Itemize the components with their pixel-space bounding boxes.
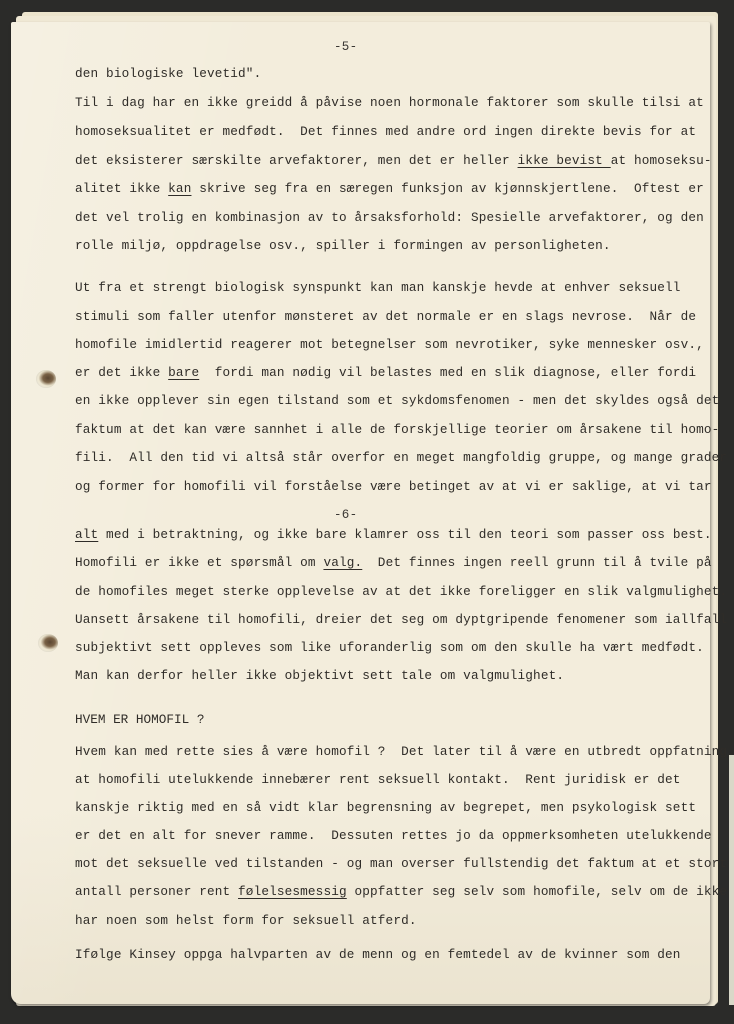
text-segment: Til i dag har en ikke greidd å påvise no… bbox=[75, 95, 704, 110]
text-segment: HVEM ER HOMOFIL ? bbox=[75, 712, 204, 727]
text-segment: homofile imidlertid reagerer mot betegne… bbox=[75, 337, 704, 352]
punch-hole-icon bbox=[38, 634, 58, 652]
text-segment: rolle miljø, oppdragelse osv., spiller i… bbox=[75, 238, 611, 253]
text-segment: kanskje riktig med en så vidt klar begre… bbox=[75, 800, 696, 815]
text-line: er det en alt for snever ramme. Dessuten… bbox=[75, 828, 712, 844]
text-segment: Hvem kan med rette sies å være homofil ?… bbox=[75, 744, 727, 759]
text-segment: er det en alt for snever ramme. Dessuten… bbox=[75, 828, 712, 843]
text-line: at homofili utelukkende innebærer rent s… bbox=[75, 772, 681, 788]
text-segment: subjektivt sett oppleves som like uforan… bbox=[75, 640, 704, 655]
text-line: Man kan derfor heller ikke objektivt set… bbox=[75, 668, 564, 684]
page-number-5: -5- bbox=[334, 40, 357, 54]
text-line: har noen som helst form for seksuell atf… bbox=[75, 913, 417, 929]
underlined-emphasis: kan bbox=[168, 181, 191, 196]
punch-hole-icon bbox=[36, 370, 56, 388]
text-segment: Ut fra et strengt biologisk synspunkt ka… bbox=[75, 280, 681, 295]
text-line: den biologiske levetid". bbox=[75, 66, 261, 82]
text-line: subjektivt sett oppleves som like uforan… bbox=[75, 640, 704, 656]
text-segment: faktum at det kan være sannhet i alle de… bbox=[75, 422, 719, 437]
text-segment: at homofili utelukkende innebærer rent s… bbox=[75, 772, 681, 787]
underlined-emphasis: ikke bevist bbox=[518, 153, 611, 168]
text-segment: mot det seksuelle ved tilstanden - og ma… bbox=[75, 856, 727, 871]
text-line: antall personer rent følelsesmessig oppf… bbox=[75, 884, 727, 900]
text-line: alitet ikke kan skrive seg fra en særege… bbox=[75, 181, 704, 197]
underlined-emphasis: bare bbox=[168, 365, 199, 380]
text-line: en ikke opplever sin egen tilstand som e… bbox=[75, 393, 719, 409]
text-line: de homofiles meget sterke opplevelse av … bbox=[75, 584, 727, 600]
text-line: mot det seksuelle ved tilstanden - og ma… bbox=[75, 856, 727, 872]
text-segment: de homofiles meget sterke opplevelse av … bbox=[75, 584, 727, 599]
text-segment: Ifølge Kinsey oppga halvparten av de men… bbox=[75, 947, 681, 962]
text-line: Hvem kan med rette sies å være homofil ?… bbox=[75, 744, 727, 760]
underlined-emphasis: alt bbox=[75, 527, 98, 542]
text-segment: alitet ikke bbox=[75, 181, 168, 196]
text-segment: fordi man nødig vil belastes med en slik… bbox=[199, 365, 696, 380]
text-line: det vel trolig en kombinasjon av to årsa… bbox=[75, 210, 704, 226]
underlined-emphasis: valg. bbox=[323, 555, 362, 570]
text-line: stimuli som faller utenfor mønsteret av … bbox=[75, 309, 696, 325]
text-line: og former for homofili vil forståelse væ… bbox=[75, 479, 712, 495]
text-segment: Man kan derfor heller ikke objektivt set… bbox=[75, 668, 564, 683]
text-segment: oppfatter seg selv som homofile, selv om… bbox=[347, 884, 727, 899]
text-segment: at homoseksu- bbox=[611, 153, 712, 168]
adjacent-page-edge bbox=[729, 755, 734, 1005]
text-segment: har noen som helst form for seksuell atf… bbox=[75, 913, 417, 928]
text-line: Til i dag har en ikke greidd å påvise no… bbox=[75, 95, 704, 111]
text-line: er det ikke bare fordi man nødig vil bel… bbox=[75, 365, 696, 381]
text-segment: en ikke opplever sin egen tilstand som e… bbox=[75, 393, 719, 408]
text-segment: antall personer rent bbox=[75, 884, 238, 899]
text-line: homoseksualitet er medfødt. Det finnes m… bbox=[75, 124, 696, 140]
text-line: fili. All den tid vi altså står overfor … bbox=[75, 450, 727, 466]
text-segment: fili. All den tid vi altså står overfor … bbox=[75, 450, 727, 465]
text-line: Homofili er ikke et spørsmål om valg. De… bbox=[75, 555, 712, 571]
text-line: rolle miljø, oppdragelse osv., spiller i… bbox=[75, 238, 611, 254]
text-segment: Det finnes ingen reell grunn til å tvile… bbox=[362, 555, 711, 570]
text-segment: er det ikke bbox=[75, 365, 168, 380]
text-segment: med i betraktning, og ikke bare klamrer … bbox=[98, 527, 711, 542]
text-line: alt med i betraktning, og ikke bare klam… bbox=[75, 527, 712, 543]
underlined-emphasis: følelsesmessig bbox=[238, 884, 347, 899]
text-segment: Homofili er ikke et spørsmål om bbox=[75, 555, 323, 570]
text-segment: det eksisterer særskilte arvefaktorer, m… bbox=[75, 153, 518, 168]
text-line: Uansett årsakene til homofili, dreier de… bbox=[75, 612, 727, 628]
text-segment: skrive seg fra en særegen funksjon av kj… bbox=[191, 181, 703, 196]
text-line: Ifølge Kinsey oppga halvparten av de men… bbox=[75, 947, 681, 963]
text-segment: og former for homofili vil forståelse væ… bbox=[75, 479, 712, 494]
text-segment: Uansett årsakene til homofili, dreier de… bbox=[75, 612, 727, 627]
text-segment: den biologiske levetid". bbox=[75, 66, 261, 81]
text-line: homofile imidlertid reagerer mot betegne… bbox=[75, 337, 704, 353]
text-segment: stimuli som faller utenfor mønsteret av … bbox=[75, 309, 696, 324]
text-line: faktum at det kan være sannhet i alle de… bbox=[75, 422, 719, 438]
text-line: kanskje riktig med en så vidt klar begre… bbox=[75, 800, 696, 816]
text-segment: homoseksualitet er medfødt. Det finnes m… bbox=[75, 124, 696, 139]
text-line: det eksisterer særskilte arvefaktorer, m… bbox=[75, 153, 712, 169]
text-segment: det vel trolig en kombinasjon av to årsa… bbox=[75, 210, 704, 225]
page-number-6: -6- bbox=[334, 508, 357, 522]
section-heading: HVEM ER HOMOFIL ? bbox=[75, 712, 204, 728]
text-line: Ut fra et strengt biologisk synspunkt ka… bbox=[75, 280, 681, 296]
